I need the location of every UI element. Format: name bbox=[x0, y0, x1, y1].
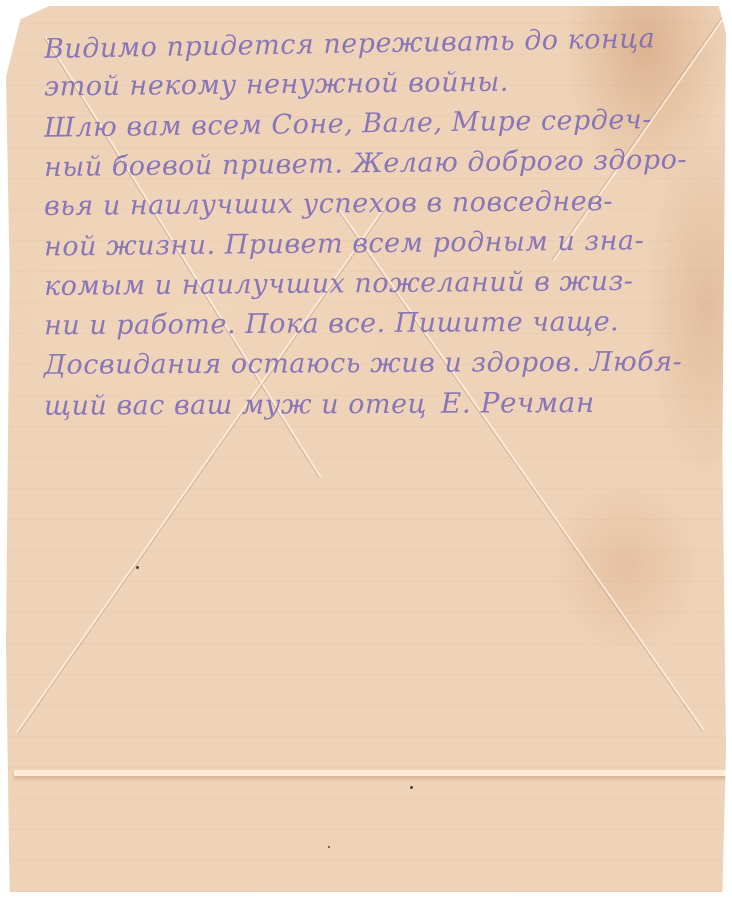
letter-closing: щий вас ваш муж и отец bbox=[44, 389, 427, 422]
ink-spot bbox=[328, 846, 330, 848]
letter-line: вья и наилучших успехов в повседнев- bbox=[44, 181, 724, 227]
letter-body: Видимо придется переживать до конца этой… bbox=[44, 24, 724, 424]
letter-line: ни и работе. Пока все. Пишите чаще. bbox=[44, 302, 724, 347]
horizontal-fold-crease bbox=[14, 770, 730, 776]
letter-line: комым и наилучших пожеланий в жиз- bbox=[44, 261, 724, 307]
letter-line: ный боевой привет. Желаю доброго здоро- bbox=[44, 140, 724, 188]
letter-line: Досвидания остаюсь жив и здоров. Любя- bbox=[44, 342, 724, 386]
ink-spot bbox=[136, 566, 139, 569]
signature: Е. Речман bbox=[441, 383, 595, 424]
ink-spot bbox=[410, 786, 413, 789]
letter-closing-line: щий вас ваш муж и отецЕ. Речман bbox=[44, 382, 724, 426]
letter-line: ной жизни. Привет всем родным и зна- bbox=[44, 220, 724, 267]
letter-paper: Видимо придется переживать до конца этой… bbox=[6, 6, 726, 892]
